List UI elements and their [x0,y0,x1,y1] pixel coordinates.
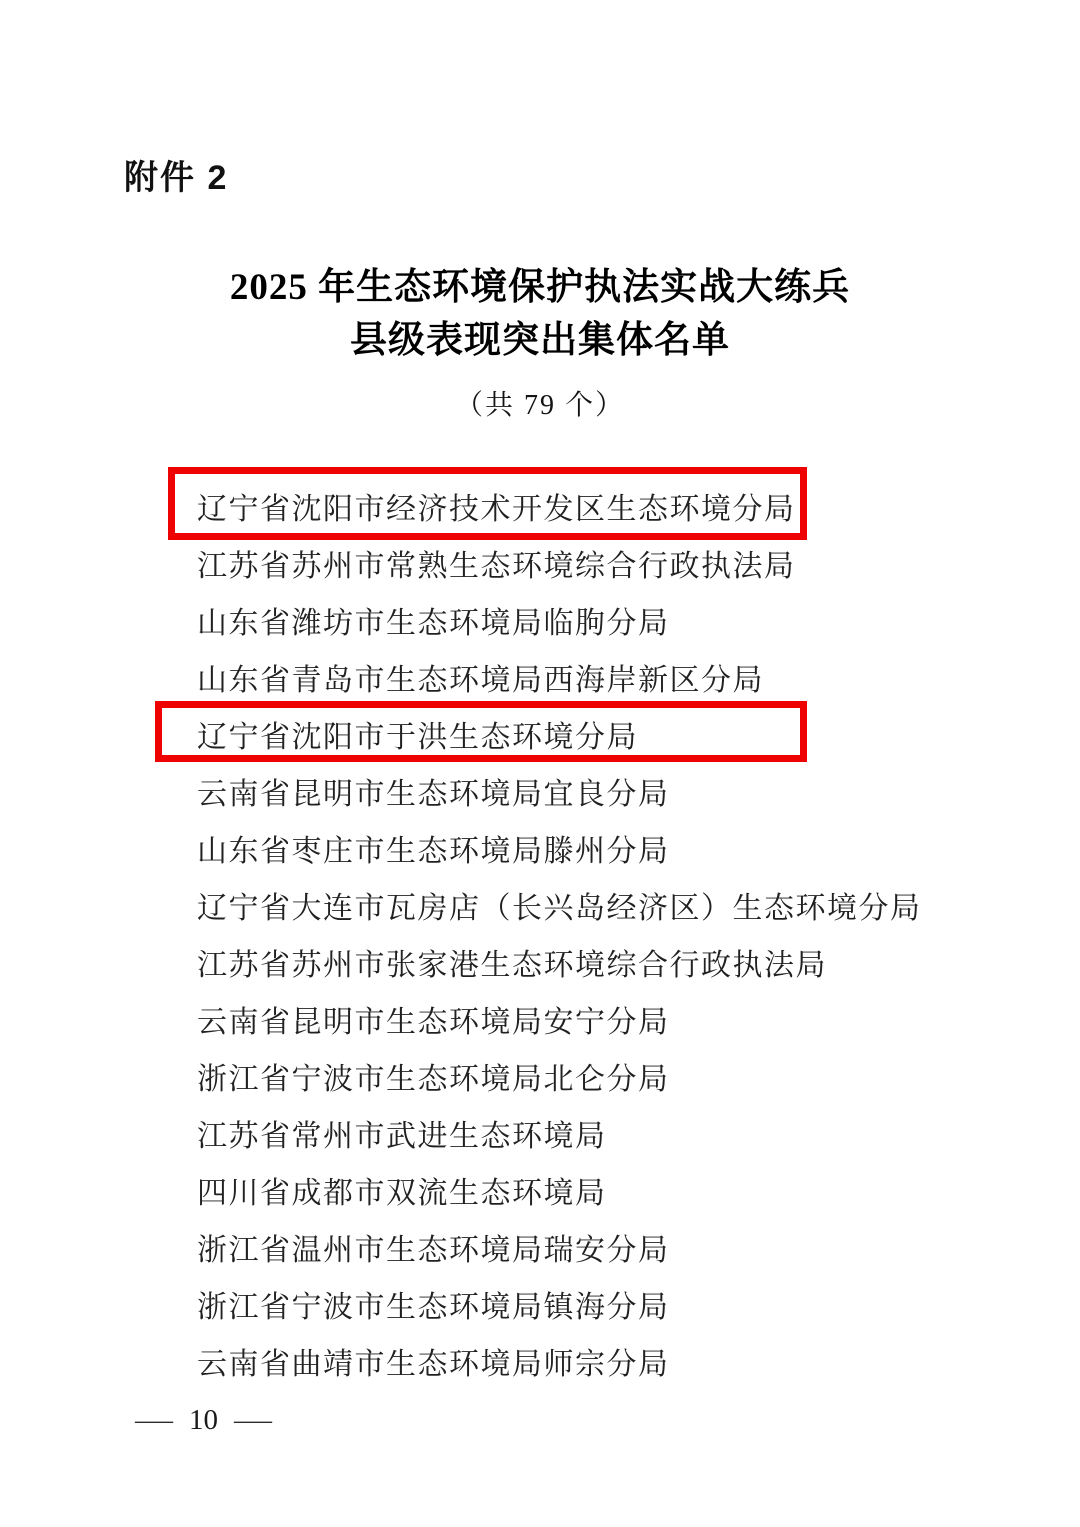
page-number: 10 [189,1404,218,1437]
list-item: 浙江省宁波市生态环境局北仑分局 [197,1047,922,1104]
count-note: （共 79 个） [0,386,1080,426]
org-name: 云南省曲靖市生态环境局师宗分局 [197,1339,670,1383]
list-item: 浙江省温州市生态环境局瑞安分局 [197,1218,922,1275]
org-name: 辽宁省沈阳市经济技术开发区生态环境分局 [197,484,796,528]
document-title: 2025 年生态环境保护执法实战大练兵 县级表现突出集体名单 [0,261,1080,367]
org-name: 云南省昆明市生态环境局安宁分局 [197,997,670,1041]
org-name: 山东省枣庄市生态环境局滕州分局 [197,826,670,870]
list-item: 江苏省常州市武进生态环境局 [197,1104,922,1161]
list-item-highlighted: 辽宁省沈阳市于洪生态环境分局 [197,705,922,762]
list-item: 江苏省苏州市常熟生态环境综合行政执法局 [197,534,922,591]
page-footer: — 10 — [140,1404,267,1437]
org-name: 浙江省温州市生态环境局瑞安分局 [197,1225,670,1269]
list-item: 辽宁省大连市瓦房店（长兴岛经济区）生态环境分局 [197,876,922,933]
list-item: 江苏省苏州市张家港生态环境综合行政执法局 [197,933,922,990]
document-page: 附件 2 2025 年生态环境保护执法实战大练兵 县级表现突出集体名单 （共 7… [0,0,1080,1527]
list-item: 四川省成都市双流生态环境局 [197,1161,922,1218]
org-name: 江苏省苏州市常熟生态环境综合行政执法局 [197,541,796,585]
footer-dash-left: — [135,1405,173,1437]
org-name: 云南省昆明市生态环境局宜良分局 [197,769,670,813]
title-line-2: 县级表现突出集体名单 [0,314,1080,367]
org-name: 浙江省宁波市生态环境局北仑分局 [197,1054,670,1098]
org-name: 浙江省宁波市生态环境局镇海分局 [197,1282,670,1326]
org-name: 山东省青岛市生态环境局西海岸新区分局 [197,655,764,699]
footer-dash-right: — [234,1405,272,1437]
list-item: 云南省曲靖市生态环境局师宗分局 [197,1332,922,1389]
list-item-highlighted: 辽宁省沈阳市经济技术开发区生态环境分局 [197,477,922,534]
list-item: 山东省潍坊市生态环境局临朐分局 [197,591,922,648]
attachment-label: 附件 2 [124,150,228,199]
org-name: 山东省潍坊市生态环境局临朐分局 [197,598,670,642]
list-item: 山东省青岛市生态环境局西海岸新区分局 [197,648,922,705]
org-list: 辽宁省沈阳市经济技术开发区生态环境分局江苏省苏州市常熟生态环境综合行政执法局山东… [197,477,922,1389]
list-item: 山东省枣庄市生态环境局滕州分局 [197,819,922,876]
org-name: 江苏省苏州市张家港生态环境综合行政执法局 [197,940,827,984]
title-line-1: 2025 年生态环境保护执法实战大练兵 [0,261,1080,314]
org-name: 江苏省常州市武进生态环境局 [197,1111,607,1155]
list-item: 云南省昆明市生态环境局安宁分局 [197,990,922,1047]
org-name: 辽宁省大连市瓦房店（长兴岛经济区）生态环境分局 [197,883,922,927]
list-item: 浙江省宁波市生态环境局镇海分局 [197,1275,922,1332]
org-name: 四川省成都市双流生态环境局 [197,1168,607,1212]
org-name: 辽宁省沈阳市于洪生态环境分局 [197,712,638,756]
list-item: 云南省昆明市生态环境局宜良分局 [197,762,922,819]
